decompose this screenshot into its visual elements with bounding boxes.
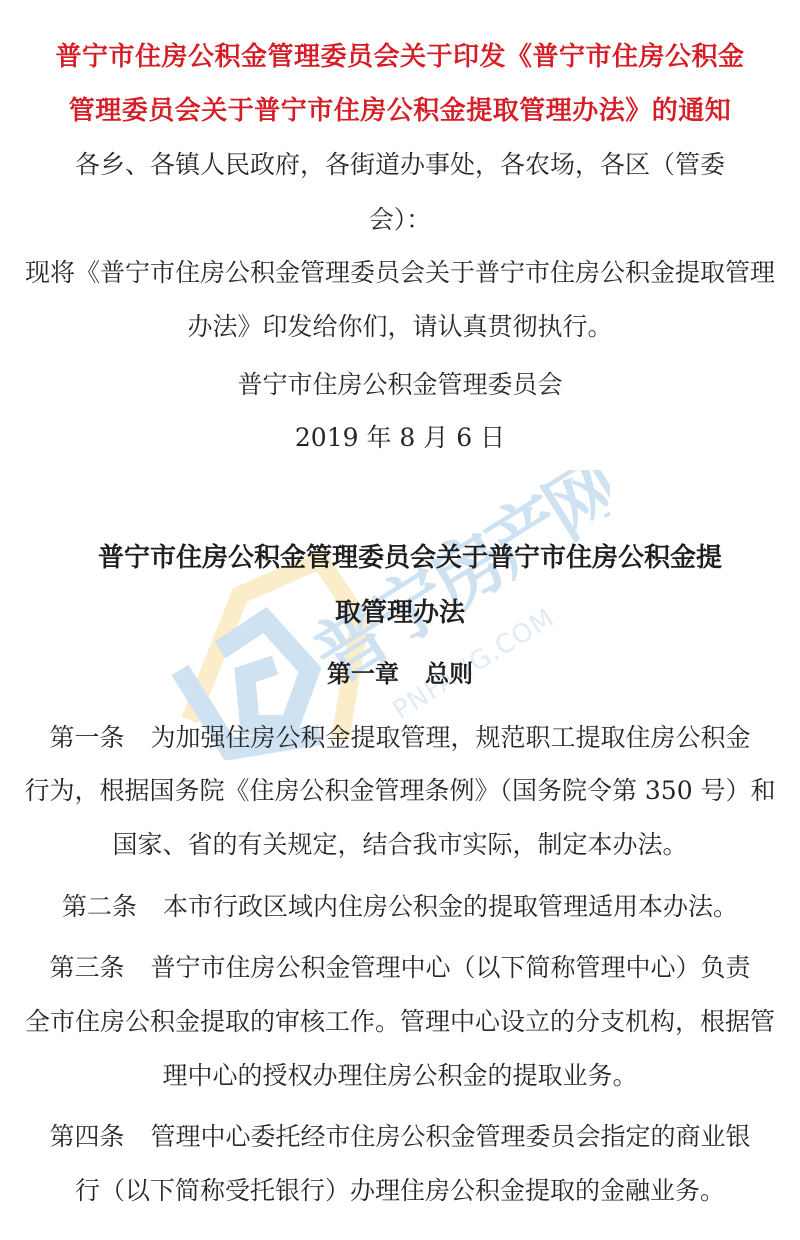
article-2-text: 本市行政区域内住房公积金的提取管理适用本办法。	[163, 892, 738, 921]
notice-body-line-1: 现将《普宁市住房公积金管理委员会关于普宁市住房公积金提取管理	[0, 260, 800, 285]
article-1-text: 为加强住房公积金提取管理，规范职工提取住房公积金	[151, 723, 751, 752]
article-4-text: 管理中心委托经市住房公积金管理委员会指定的商业银	[151, 1122, 751, 1151]
article-3-line-3: 理中心的授权办理住房公积金的提取业务。	[0, 1063, 800, 1088]
article-4-label: 第四条	[49, 1122, 124, 1151]
article-2-line-1: 第二条本市行政区域内住房公积金的提取管理适用本办法。	[0, 894, 800, 919]
date: 2019 年 8 月 6 日	[0, 425, 800, 450]
notice-body-line-2: 办法》印发给你们，请认真贯彻执行。	[0, 314, 800, 339]
chapter-label: 第一章	[327, 660, 399, 688]
addressee-line-2: 会）：	[0, 207, 800, 232]
article-4-line-1: 第四条管理中心委托经市住房公积金管理委员会指定的商业银	[0, 1124, 800, 1149]
measures-title-line-1: 普宁市住房公积金管理委员会关于普宁市住房公积金提	[0, 545, 800, 571]
measures-title-line-2: 取管理办法	[0, 600, 800, 626]
notice-title-line-1: 普宁市住房公积金管理委员会关于印发《普宁市住房公积金	[0, 44, 800, 70]
notice-title-line-2: 管理委员会关于普宁市住房公积金提取管理办法》的通知	[0, 98, 800, 124]
article-1-line-1: 第一条为加强住房公积金提取管理，规范职工提取住房公积金	[0, 725, 800, 750]
addressee-line-1: 各乡、各镇人民政府，各街道办事处，各农场，各区（管委	[0, 152, 800, 177]
chapter-heading: 第一章总则	[0, 662, 800, 686]
article-4-line-2: 行（以下简称受托银行）办理住房公积金提取的金融业务。	[0, 1178, 800, 1203]
signature: 普宁市住房公积金管理委员会	[0, 372, 800, 397]
document-page: 普宁房产网 PNFANG.COM 普宁市住房公积金管理委员会关于印发《普宁市住房…	[0, 0, 800, 1240]
article-2-label: 第二条	[62, 892, 137, 921]
chapter-name: 总则	[425, 660, 473, 688]
article-3-line-2: 全市住房公积金提取的审核工作。管理中心设立的分支机构，根据管	[0, 1009, 800, 1034]
article-1-line-3: 国家、省的有关规定，结合我市实际，制定本办法。	[0, 832, 800, 857]
article-1-label: 第一条	[49, 723, 124, 752]
article-3-label: 第三条	[49, 953, 124, 982]
article-1-line-2: 行为，根据国务院《住房公积金管理条例》（国务院令第 350 号）和	[0, 778, 800, 803]
article-3-text: 普宁市住房公积金管理中心（以下简称管理中心）负责	[151, 953, 751, 982]
article-3-line-1: 第三条普宁市住房公积金管理中心（以下简称管理中心）负责	[0, 955, 800, 980]
